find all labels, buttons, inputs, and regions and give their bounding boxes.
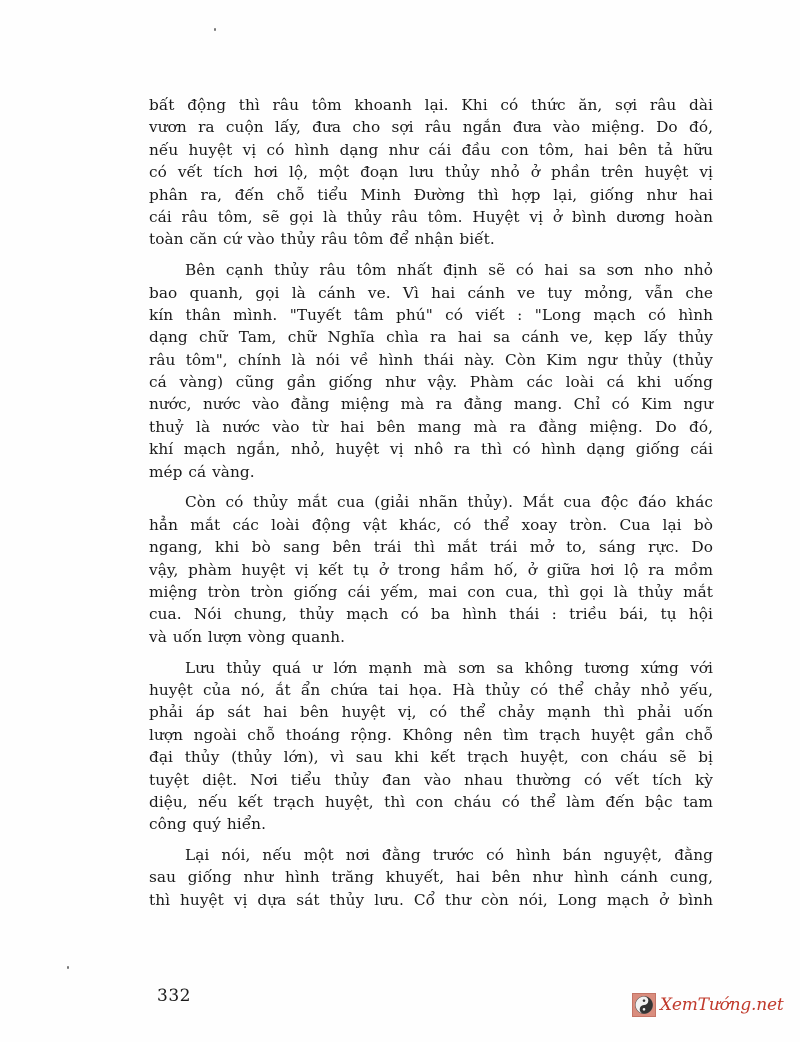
text-line: nếu huyệt vị có hình dạng như cái đầu co… [149, 139, 713, 161]
paragraph: Lưu thủy quá ư lớn mạnh mà sơn sa không … [149, 657, 713, 836]
text-line: thì huyệt vị dựa sát thủy lưu. Cổ thư cò… [149, 889, 713, 911]
text-line: miệng tròn tròn giống cái yếm, mai con c… [149, 581, 713, 603]
text-line: vươn ra cuộn lấy, đưa cho sợi râu ngắn đ… [149, 116, 713, 138]
text-line: lượn ngoài chỗ thoáng rộng. Không nên tì… [149, 724, 713, 746]
text-line: phải áp sát hai bên huyệt vị, có thể chả… [149, 701, 713, 723]
text-line: diệu, nếu kết trạch huyệt, thì con cháu … [149, 791, 713, 813]
text-line: cái râu tôm, sẽ gọi là thủy râu tôm. Huy… [149, 206, 713, 228]
text-line: công quý hiển. [149, 813, 713, 835]
text-line: huyệt của nó, ắt ẩn chứa tai họa. Hà thủ… [149, 679, 713, 701]
text-line: kín thân mình. "Tuyết tâm phú" có viết :… [149, 304, 713, 326]
text-line: khí mạch ngắn, nhỏ, huyệt vị nhô ra thì … [149, 438, 713, 460]
text-line: bao quanh, gọi là cánh ve. Vì hai cánh v… [149, 282, 713, 304]
watermark: XemTướng.net [632, 990, 783, 1020]
paragraph: Bên cạnh thủy râu tôm nhất định sẽ có ha… [149, 259, 713, 483]
scan-speck [214, 28, 216, 31]
text-line: phân ra, đến chỗ tiểu Minh Đường thì hợp… [149, 184, 713, 206]
text-line: thuỷ là nước vào từ hai bên mang mà ra đ… [149, 416, 713, 438]
text-line: dạng chữ Tam, chữ Nghĩa chìa ra hai sa c… [149, 326, 713, 348]
paragraph: Lại nói, nếu một nơi đằng trước có hình … [149, 844, 713, 911]
book-page: bất động thì râu tôm khoanh lại. Khi có … [0, 0, 800, 1042]
text-line: hẳn mắt các loài động vật khác, có thể x… [149, 514, 713, 536]
text-line: và uốn lượn vòng quanh. [149, 626, 713, 648]
text-line: Bên cạnh thủy râu tôm nhất định sẽ có ha… [149, 259, 713, 281]
text-line: vậy, phàm huyệt vị kết tụ ở trong hầm hố… [149, 559, 713, 581]
text-line: Lại nói, nếu một nơi đằng trước có hình … [149, 844, 713, 866]
text-line: râu tôm", chính là nói về hình thái này.… [149, 349, 713, 371]
text-line: toàn căn cứ vào thủy râu tôm để nhận biế… [149, 228, 713, 250]
text-line: mép cá vàng. [149, 461, 713, 483]
paragraph: bất động thì râu tôm khoanh lại. Khi có … [149, 94, 713, 251]
text-line: có vết tích hơi lộ, một đoạn lưu thủy nh… [149, 161, 713, 183]
paragraph: Còn có thủy mắt cua (giải nhãn thủy). Mắ… [149, 491, 713, 648]
yin-yang-icon [632, 993, 656, 1017]
text-line: nước, nước vào đằng miệng mà ra đằng man… [149, 393, 713, 415]
text-line: sau giống như hình trăng khuyết, hai bên… [149, 866, 713, 888]
page-number: 332 [157, 986, 191, 1006]
text-line: Còn có thủy mắt cua (giải nhãn thủy). Mắ… [149, 491, 713, 513]
text-line: Lưu thủy quá ư lớn mạnh mà sơn sa không … [149, 657, 713, 679]
text-line: đại thủy (thủy lớn), vì sau khi kết trạc… [149, 746, 713, 768]
text-line: tuyệt diệt. Nơi tiểu thủy đan vào nhau t… [149, 769, 713, 791]
scan-speck [67, 966, 69, 969]
text-line: cua. Nói chung, thủy mạch có ba hình thá… [149, 603, 713, 625]
text-line: cá vàng) cũng gần giống như vậy. Phàm cá… [149, 371, 713, 393]
body-text: bất động thì râu tôm khoanh lại. Khi có … [149, 94, 713, 920]
text-line: bất động thì râu tôm khoanh lại. Khi có … [149, 94, 713, 116]
text-line: ngang, khi bò sang bên trái thì mắt trái… [149, 536, 713, 558]
watermark-text: XemTướng.net [660, 995, 783, 1015]
